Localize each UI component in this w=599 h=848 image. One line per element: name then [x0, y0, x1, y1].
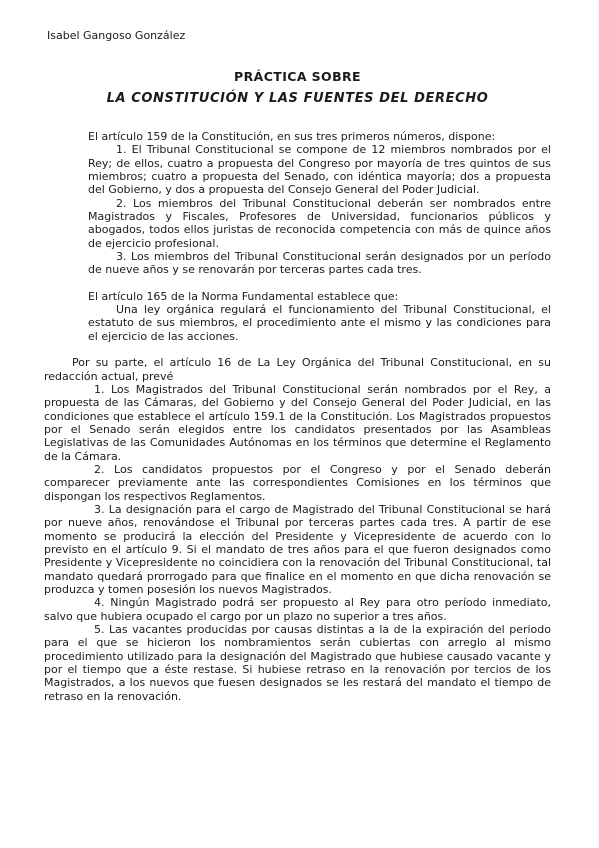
document-subtitle: LA CONSTITUCIÓN Y LAS FUENTES DEL DERECH…	[44, 91, 551, 106]
paragraph-art16-item-4: 4. Ningún Magistrado podrá ser propuesto…	[44, 596, 551, 623]
paragraph-art16-item-5: 5. Las vacantes producidas por causas di…	[44, 623, 551, 703]
paragraph-art16-item-3: 3. La designación para el cargo de Magis…	[44, 503, 551, 596]
paragraph-art165-body: Una ley orgánica regulará el funcionamie…	[88, 303, 551, 343]
section-articulo-165: El artículo 165 de la Norma Fundamental …	[88, 290, 551, 343]
paragraph-art16-item-1: 1. Los Magistrados del Tribunal Constitu…	[44, 383, 551, 463]
document-title: PRÁCTICA SOBRE	[44, 70, 551, 84]
title-block: PRÁCTICA SOBRE LA CONSTITUCIÓN Y LAS FUE…	[44, 70, 551, 106]
paragraph-art159-item-1: 1. El Tribunal Constitucional se compone…	[88, 143, 551, 196]
author-name: Isabel Gangoso González	[44, 29, 551, 42]
paragraph-art165-intro: El artículo 165 de la Norma Fundamental …	[88, 290, 551, 303]
paragraph-art159-intro: El artículo 159 de la Constitución, en s…	[88, 130, 551, 143]
document-page: Isabel Gangoso González PRÁCTICA SOBRE L…	[0, 0, 599, 848]
paragraph-art159-item-2: 2. Los miembros del Tribunal Constitucio…	[88, 197, 551, 250]
paragraph-art16-item-2: 2. Los candidatos propuestos por el Cong…	[44, 463, 551, 503]
paragraph-art16-intro: Por su parte, el artículo 16 de La Ley O…	[44, 356, 551, 383]
section-articulo-16-lotc: Por su parte, el artículo 16 de La Ley O…	[44, 356, 551, 703]
paragraph-art159-item-3: 3. Los miembros del Tribunal Constitucio…	[88, 250, 551, 277]
document-body: El artículo 159 de la Constitución, en s…	[44, 130, 551, 703]
section-articulo-159: El artículo 159 de la Constitución, en s…	[88, 130, 551, 277]
